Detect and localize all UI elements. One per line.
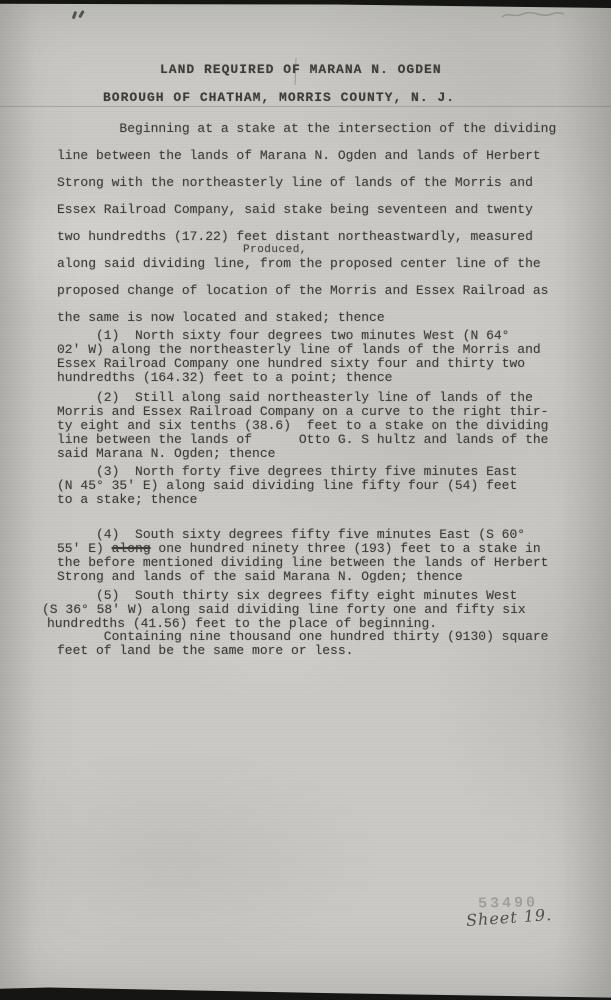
document-subtitle: BOROUGH OF CHATHAM, MORRIS COUNTY, N. J. xyxy=(103,90,455,105)
typewritten-line: (N 45° 35' E) along said dividing line f… xyxy=(57,479,572,493)
typewritten-line: 02' W) along the northeasterly line of l… xyxy=(57,343,572,357)
typewritten-line: (S 36° 58' W) along said dividing line f… xyxy=(42,603,572,617)
typewritten-line: two hundredths (17.22) feet distant nort… xyxy=(57,223,572,250)
typewritten-line: ty eight and six tenths (38.6) feet to a… xyxy=(57,419,572,433)
typewritten-line: along said dividing line, from the propo… xyxy=(57,250,572,277)
clause-5: (5) South thirty six degrees fifty eight… xyxy=(57,589,572,631)
typewritten-line: to a stake; thence xyxy=(57,493,572,507)
fold-line xyxy=(0,106,611,107)
clause-3: (3) North forty five degrees thirty five… xyxy=(57,465,572,507)
intro-paragraph: Produced, Beginning at a stake at the in… xyxy=(57,115,572,331)
pencil-squiggle xyxy=(500,8,566,22)
typewritten-line: Strong with the northeasterly line of la… xyxy=(57,169,572,196)
typewritten-line: 55' E) along one hundred ninety three (1… xyxy=(57,542,572,556)
typewritten-line: said Marana N. Ogden; thence xyxy=(57,447,572,461)
pen-mark xyxy=(72,11,77,19)
typewritten-line: hundredths (164.32) feet to a point; the… xyxy=(57,371,572,385)
typewritten-line: line between the lands of Otto G. S hult… xyxy=(57,433,572,447)
produced-insertion: Produced, xyxy=(243,237,307,264)
clause-1: (1) North sixty four degrees two minutes… xyxy=(57,329,572,385)
clause-2: (2) Still along said northeasterly line … xyxy=(57,391,572,461)
document-title: LAND REQUIRED OF MARANA N. OGDEN xyxy=(160,62,442,77)
typewritten-line: the same is now located and staked; then… xyxy=(57,304,572,331)
typewritten-line: proposed change of location of the Morri… xyxy=(57,277,572,304)
typewritten-line: the before mentioned dividing line betwe… xyxy=(57,556,572,570)
typewritten-line: Morris and Essex Railroad Company on a c… xyxy=(57,405,572,419)
typewritten-line: (1) North sixty four degrees two minutes… xyxy=(57,329,572,343)
typewritten-line: Essex Railroad Company, said stake being… xyxy=(57,196,572,223)
typewritten-line: (2) Still along said northeasterly line … xyxy=(57,391,572,405)
typewritten-line: Containing nine thousand one hundred thi… xyxy=(57,630,572,644)
pen-mark xyxy=(78,10,84,18)
typewritten-line: Beginning at a stake at the intersection… xyxy=(57,115,572,142)
typewritten-line: (4) South sixty degrees fifty five minut… xyxy=(57,528,572,542)
typewritten-line: Strong and lands of the said Marana N. O… xyxy=(57,570,572,584)
typewritten-line: line between the lands of Marana N. Ogde… xyxy=(57,142,572,169)
typewritten-line: feet of land be the same more or less. xyxy=(57,644,572,658)
typewritten-line: (5) South thirty six degrees fifty eight… xyxy=(57,589,572,603)
typewritten-line: (3) North forty five degrees thirty five… xyxy=(57,465,572,479)
typewritten-line: Essex Railroad Company one hundred sixty… xyxy=(57,357,572,371)
scanned-document-page: LAND REQUIRED OF MARANA N. OGDEN BOROUGH… xyxy=(0,0,611,1000)
scan-edge-bottom xyxy=(0,984,611,1000)
clause-4: (4) South sixty degrees fifty five minut… xyxy=(57,528,572,584)
closing-paragraph: Containing nine thousand one hundred thi… xyxy=(57,630,572,658)
